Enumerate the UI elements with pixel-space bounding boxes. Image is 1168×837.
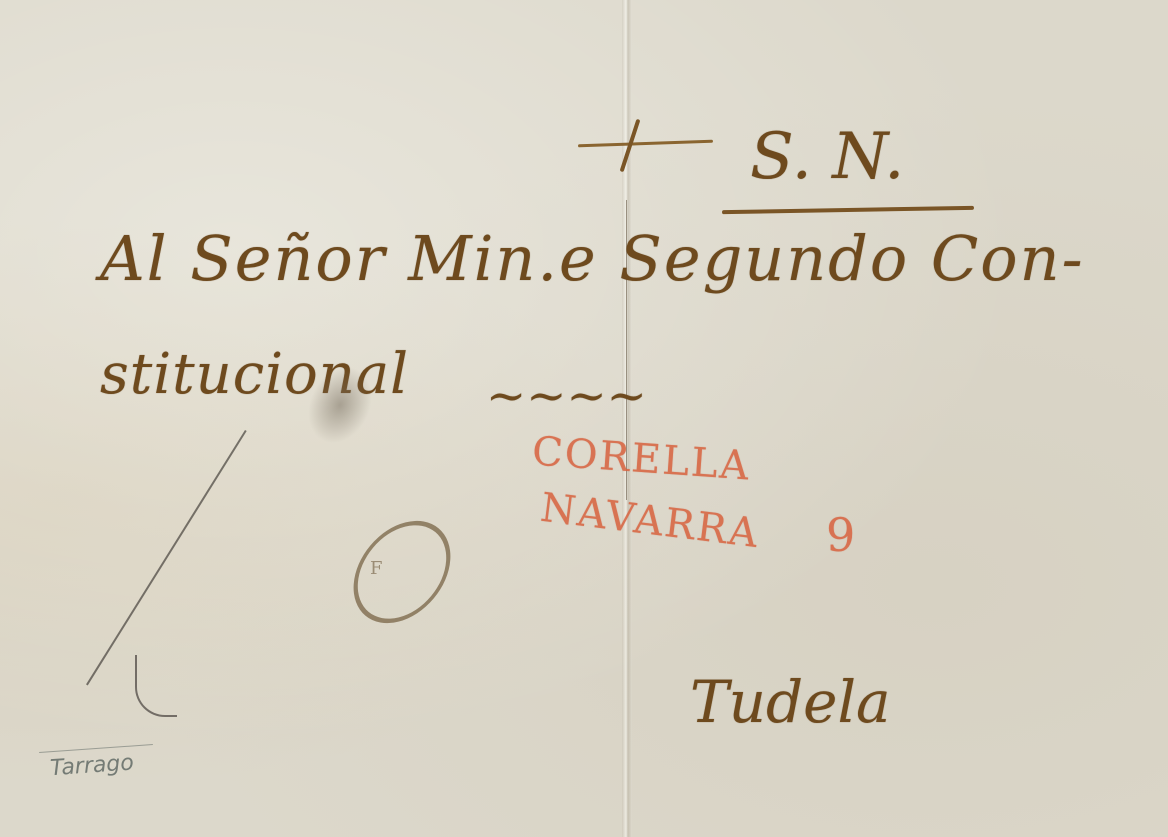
top-marking: S. N. — [750, 120, 905, 194]
postmark-line-1: CORELLA — [531, 428, 752, 489]
postal-cover: S. N. Al Señor Min.e Segundo Con- stituc… — [0, 0, 1168, 837]
destination-city: Tudela — [690, 668, 891, 736]
top-marking-underline — [722, 206, 974, 214]
oval-handstamp-text: F — [370, 558, 383, 579]
cross-mark-horizontal — [578, 140, 713, 148]
postmark-line-2: NAVARRA — [538, 485, 762, 557]
pencil-hook — [135, 655, 177, 717]
flourish: ~~~~ — [486, 368, 647, 424]
postmark-rate: 9 — [826, 508, 857, 562]
pencil-stroke — [86, 430, 247, 685]
oval-handstamp — [334, 502, 471, 642]
address-line-1: Al Señor Min.e Segundo Con- — [100, 222, 1085, 295]
pencil-annotation: Tarrago — [39, 744, 154, 782]
